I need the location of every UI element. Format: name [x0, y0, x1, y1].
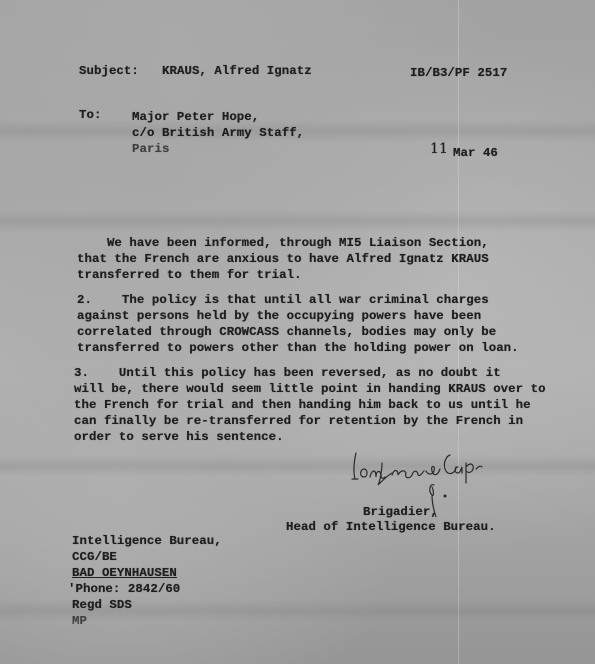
subject-value: KRAUS, Alfred Ignatz	[162, 64, 312, 80]
document-page: Subject: KRAUS, Alfred Ignatz IB/B3/PF 2…	[0, 0, 595, 664]
footer-location: BAD OEYNHAUSEN	[72, 566, 177, 582]
recipient-line-2: c/o British Army Staff,	[132, 126, 304, 142]
paragraph-1-line-1: We have been informed, through MI5 Liais…	[77, 236, 489, 252]
paragraph-3-line-4: can finally be re-transferred for retent…	[74, 414, 523, 430]
paragraph-2-line-3: correlated through CROWCASS channels, bo…	[77, 325, 496, 341]
footer-unit: CCG/BE	[72, 550, 117, 566]
subject-label: Subject:	[79, 64, 139, 80]
paragraph-3-line-1: 3. Until this policy has been reversed, …	[74, 366, 501, 382]
paragraph-2-line-4: transferred to powers other than the hol…	[77, 341, 519, 357]
footer-registry: Regd SDS	[72, 598, 132, 614]
scan-streak	[0, 455, 595, 477]
signatory-rank: Brigadier,	[363, 505, 438, 521]
footer-org: Intelligence Bureau,	[72, 534, 222, 550]
date-month-year: Mar 46	[453, 146, 498, 162]
paragraph-1-line-3: transferred to them for trial.	[77, 268, 302, 284]
paragraph-3-line-5: order to serve his sentence.	[74, 430, 284, 446]
paragraph-2-line-2: against persons held by the occupying po…	[77, 309, 481, 325]
date-day-handwritten: 11	[430, 142, 448, 158]
recipient-line-1: Major Peter Hope,	[132, 110, 259, 126]
footer-initials: MP	[72, 614, 87, 630]
footer-phone: 'Phone: 2842/60	[68, 582, 180, 598]
recipient-line-3: Paris	[132, 142, 169, 158]
to-label: To:	[79, 108, 101, 124]
paragraph-3-line-2: will be, there would seem little point i…	[74, 382, 546, 398]
paragraph-1-line-2: that the French are anxious to have Alfr…	[77, 252, 489, 268]
reference-number: IB/B3/PF 2517	[410, 66, 507, 82]
paragraph-3-line-3: the French for trial and then handing hi…	[74, 398, 531, 414]
paragraph-2-line-1: 2. The policy is that until all war crim…	[77, 293, 489, 309]
scan-streak	[0, 210, 595, 232]
signatory-position: Head of Intelligence Bureau.	[286, 520, 496, 536]
